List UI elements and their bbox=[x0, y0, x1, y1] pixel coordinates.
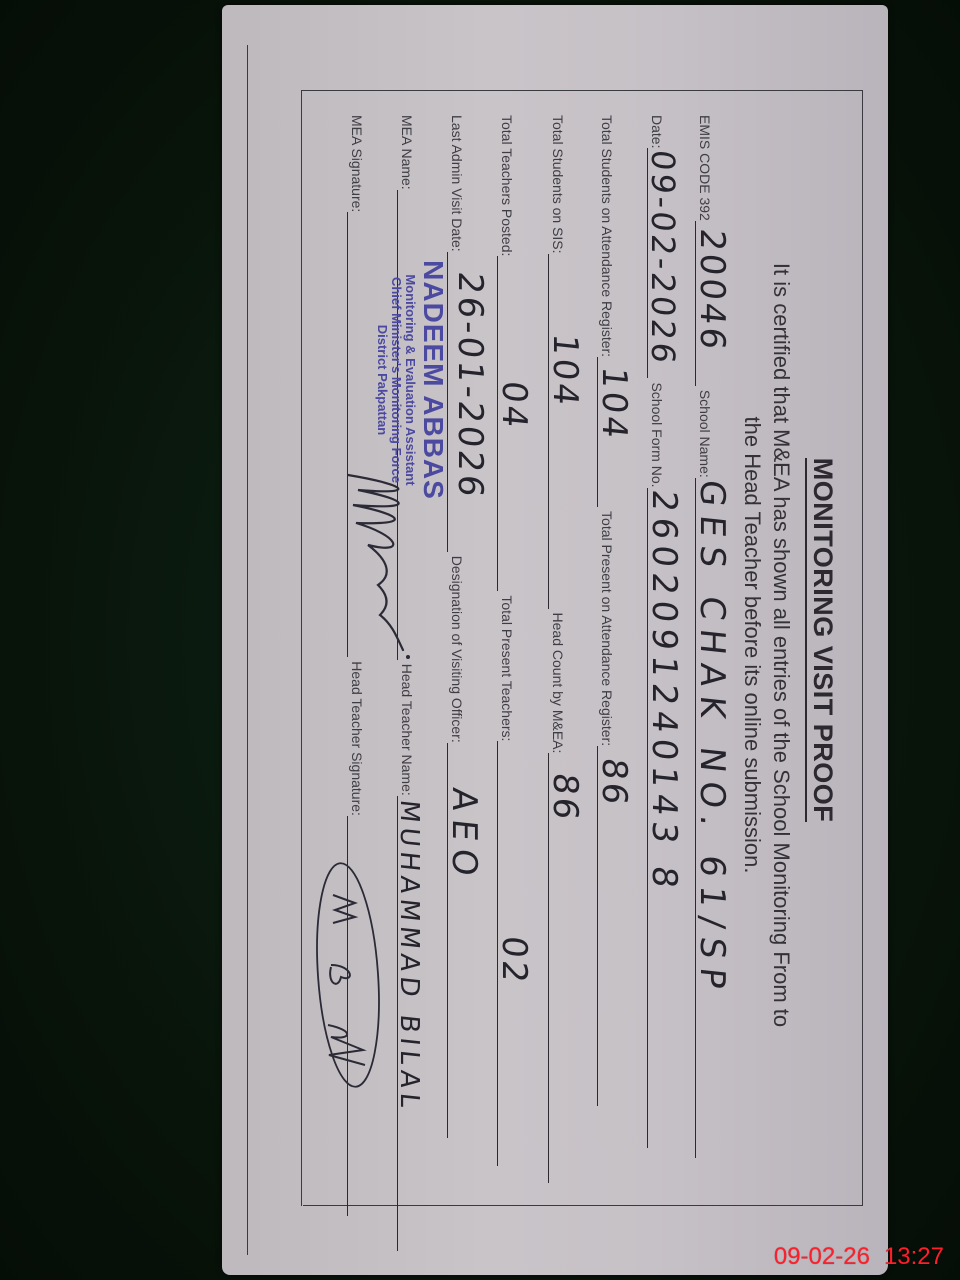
field-designation-visiting-officer: Designation of Visiting Officer: AEO bbox=[447, 556, 495, 1142]
total-students-register-value: 104 bbox=[594, 365, 634, 443]
monitoring-visit-proof-form: MONITORING VISIT PROOF It is certified t… bbox=[222, 5, 888, 1275]
field-total-teachers-posted: Total Teachers Posted: 04 bbox=[497, 115, 545, 595]
designation-label: Designation of Visiting Officer: bbox=[447, 556, 465, 743]
emis-code-line[interactable]: 20046 bbox=[695, 221, 744, 386]
field-last-admin-visit-date: Last Admin Visit Date: 26-01-2026 bbox=[447, 115, 495, 556]
emis-code-value: 20046 bbox=[692, 227, 732, 354]
total-teachers-posted-label: Total Teachers Posted: bbox=[497, 115, 515, 256]
school-name-label: School Name: bbox=[695, 390, 713, 478]
total-teachers-posted-value: 04 bbox=[494, 379, 534, 432]
school-form-no-label: School Form No. bbox=[647, 382, 665, 487]
mea-name-label: MEA Name: bbox=[397, 115, 415, 190]
row-teachers: Total Teachers Posted: 04 Total Present … bbox=[497, 115, 545, 1175]
camera-timestamp-overlay: 09-02-2613:27 bbox=[774, 1243, 944, 1271]
head-teacher-name-value: MUHAMMAD BILAL bbox=[394, 798, 424, 1114]
total-present-teachers-label: Total Present Teachers: bbox=[497, 595, 515, 741]
school-form-no-value: 2602091240143 8 bbox=[644, 487, 684, 895]
form-title: MONITORING VISIT PROOF bbox=[807, 5, 838, 1275]
field-total-present-register: Total Present on Attendance Register: 86 bbox=[597, 511, 645, 1110]
school-name-line[interactable]: GES CHAK NO. 61/SP bbox=[695, 478, 744, 1158]
field-total-students-register: Total Students on Attendance Register: 1… bbox=[597, 115, 645, 511]
field-head-teacher-signature: Head Teacher Signature: bbox=[347, 661, 395, 1220]
row-attendance: Total Students on Attendance Register: 1… bbox=[597, 115, 645, 1175]
field-school-name: School Name: GES CHAK NO. 61/SP bbox=[695, 390, 743, 1162]
mea-signature-label: MEA Signature: bbox=[347, 115, 365, 212]
emis-code-label: EMIS CODE 392 bbox=[695, 115, 713, 221]
row-visit-designation: Last Admin Visit Date: 26-01-2026 Design… bbox=[447, 115, 495, 1175]
head-count-mea-line[interactable]: 86 bbox=[548, 753, 597, 1183]
stamp-line-3: District Pakpattan bbox=[374, 230, 388, 530]
last-admin-visit-date-line[interactable]: 26-01-2026 bbox=[447, 252, 496, 552]
date-value: 09-02-2026 bbox=[644, 148, 682, 368]
total-present-register-value: 86 bbox=[594, 756, 634, 809]
timestamp-time: 13:27 bbox=[884, 1243, 944, 1270]
timestamp-date: 09-02-26 bbox=[774, 1243, 870, 1270]
head-teacher-signature-label: Head Teacher Signature: bbox=[347, 661, 365, 816]
total-present-register-line[interactable]: 86 bbox=[597, 746, 646, 1106]
last-admin-visit-date-label: Last Admin Visit Date: bbox=[447, 115, 465, 252]
row-sis-headcount: Total Students on SIS: 104 Head Count by… bbox=[548, 115, 596, 1175]
total-present-teachers-line[interactable]: 02 bbox=[497, 741, 546, 1166]
head-teacher-name-line[interactable]: MUHAMMAD BILAL bbox=[397, 796, 446, 1251]
total-students-sis-label: Total Students on SIS: bbox=[548, 115, 566, 254]
total-students-register-line[interactable]: 104 bbox=[597, 357, 646, 507]
field-total-students-sis: Total Students on SIS: 104 bbox=[548, 115, 596, 613]
total-students-sis-value: 104 bbox=[545, 331, 585, 409]
last-admin-visit-date-value: 26-01-2026 bbox=[450, 270, 490, 502]
school-form-no-line[interactable]: 2602091240143 8 bbox=[647, 488, 696, 1148]
certification-line-1: It is certified that M&EA has shown all … bbox=[767, 115, 796, 1175]
field-head-teacher-name: Head Teacher Name: MUHAMMAD BILAL bbox=[397, 664, 445, 1255]
head-count-mea-label: Head Count by M&EA: bbox=[548, 613, 566, 754]
head-teacher-name-label: Head Teacher Name: bbox=[397, 664, 415, 796]
row-date-formno: Date: 09-02-2026 School Form No. 2602091… bbox=[647, 115, 695, 1175]
photo-background: MONITORING VISIT PROOF It is certified t… bbox=[0, 0, 960, 1280]
date-label: Date: bbox=[647, 115, 665, 148]
head-teacher-signature-line[interactable] bbox=[347, 816, 396, 1216]
total-teachers-posted-line[interactable]: 04 bbox=[497, 256, 546, 591]
form-title-text: MONITORING VISIT PROOF bbox=[805, 458, 838, 823]
field-total-present-teachers: Total Present Teachers: 02 bbox=[497, 595, 545, 1170]
mea-stamp: NADEEM ABBAS Monitoring & Evaluation Ass… bbox=[374, 230, 448, 530]
stamp-line-2: Chief Minister's Monitoring Force bbox=[389, 230, 403, 530]
field-head-count-mea: Head Count by M&EA: 86 bbox=[548, 613, 596, 1188]
designation-line[interactable]: AEO bbox=[447, 743, 496, 1138]
row-emis-school: EMIS CODE 392 20046 School Name: GES CHA… bbox=[695, 115, 743, 1175]
paper-edge-rule bbox=[247, 45, 248, 1255]
head-count-mea-value: 86 bbox=[545, 771, 585, 824]
total-present-teachers-value: 02 bbox=[494, 934, 534, 987]
stamp-name: NADEEM ABBAS bbox=[417, 230, 448, 530]
field-emis-code: EMIS CODE 392 20046 bbox=[695, 115, 743, 390]
designation-value: AEO bbox=[444, 786, 484, 886]
total-students-sis-line[interactable]: 104 bbox=[548, 254, 597, 609]
field-school-form-no: School Form No. 2602091240143 8 bbox=[647, 382, 695, 1151]
total-students-register-label: Total Students on Attendance Register: bbox=[597, 115, 615, 357]
date-line[interactable]: 09-02-2026 bbox=[647, 148, 696, 378]
total-present-register-label: Total Present on Attendance Register: bbox=[597, 511, 615, 746]
stamp-line-1: Monitoring & Evaluation Assistant bbox=[403, 230, 417, 530]
school-name-value: GES CHAK NO. 61/SP bbox=[692, 478, 732, 999]
certification-text: It is certified that M&EA has shown all … bbox=[738, 115, 796, 1175]
field-date: Date: 09-02-2026 bbox=[647, 115, 695, 382]
